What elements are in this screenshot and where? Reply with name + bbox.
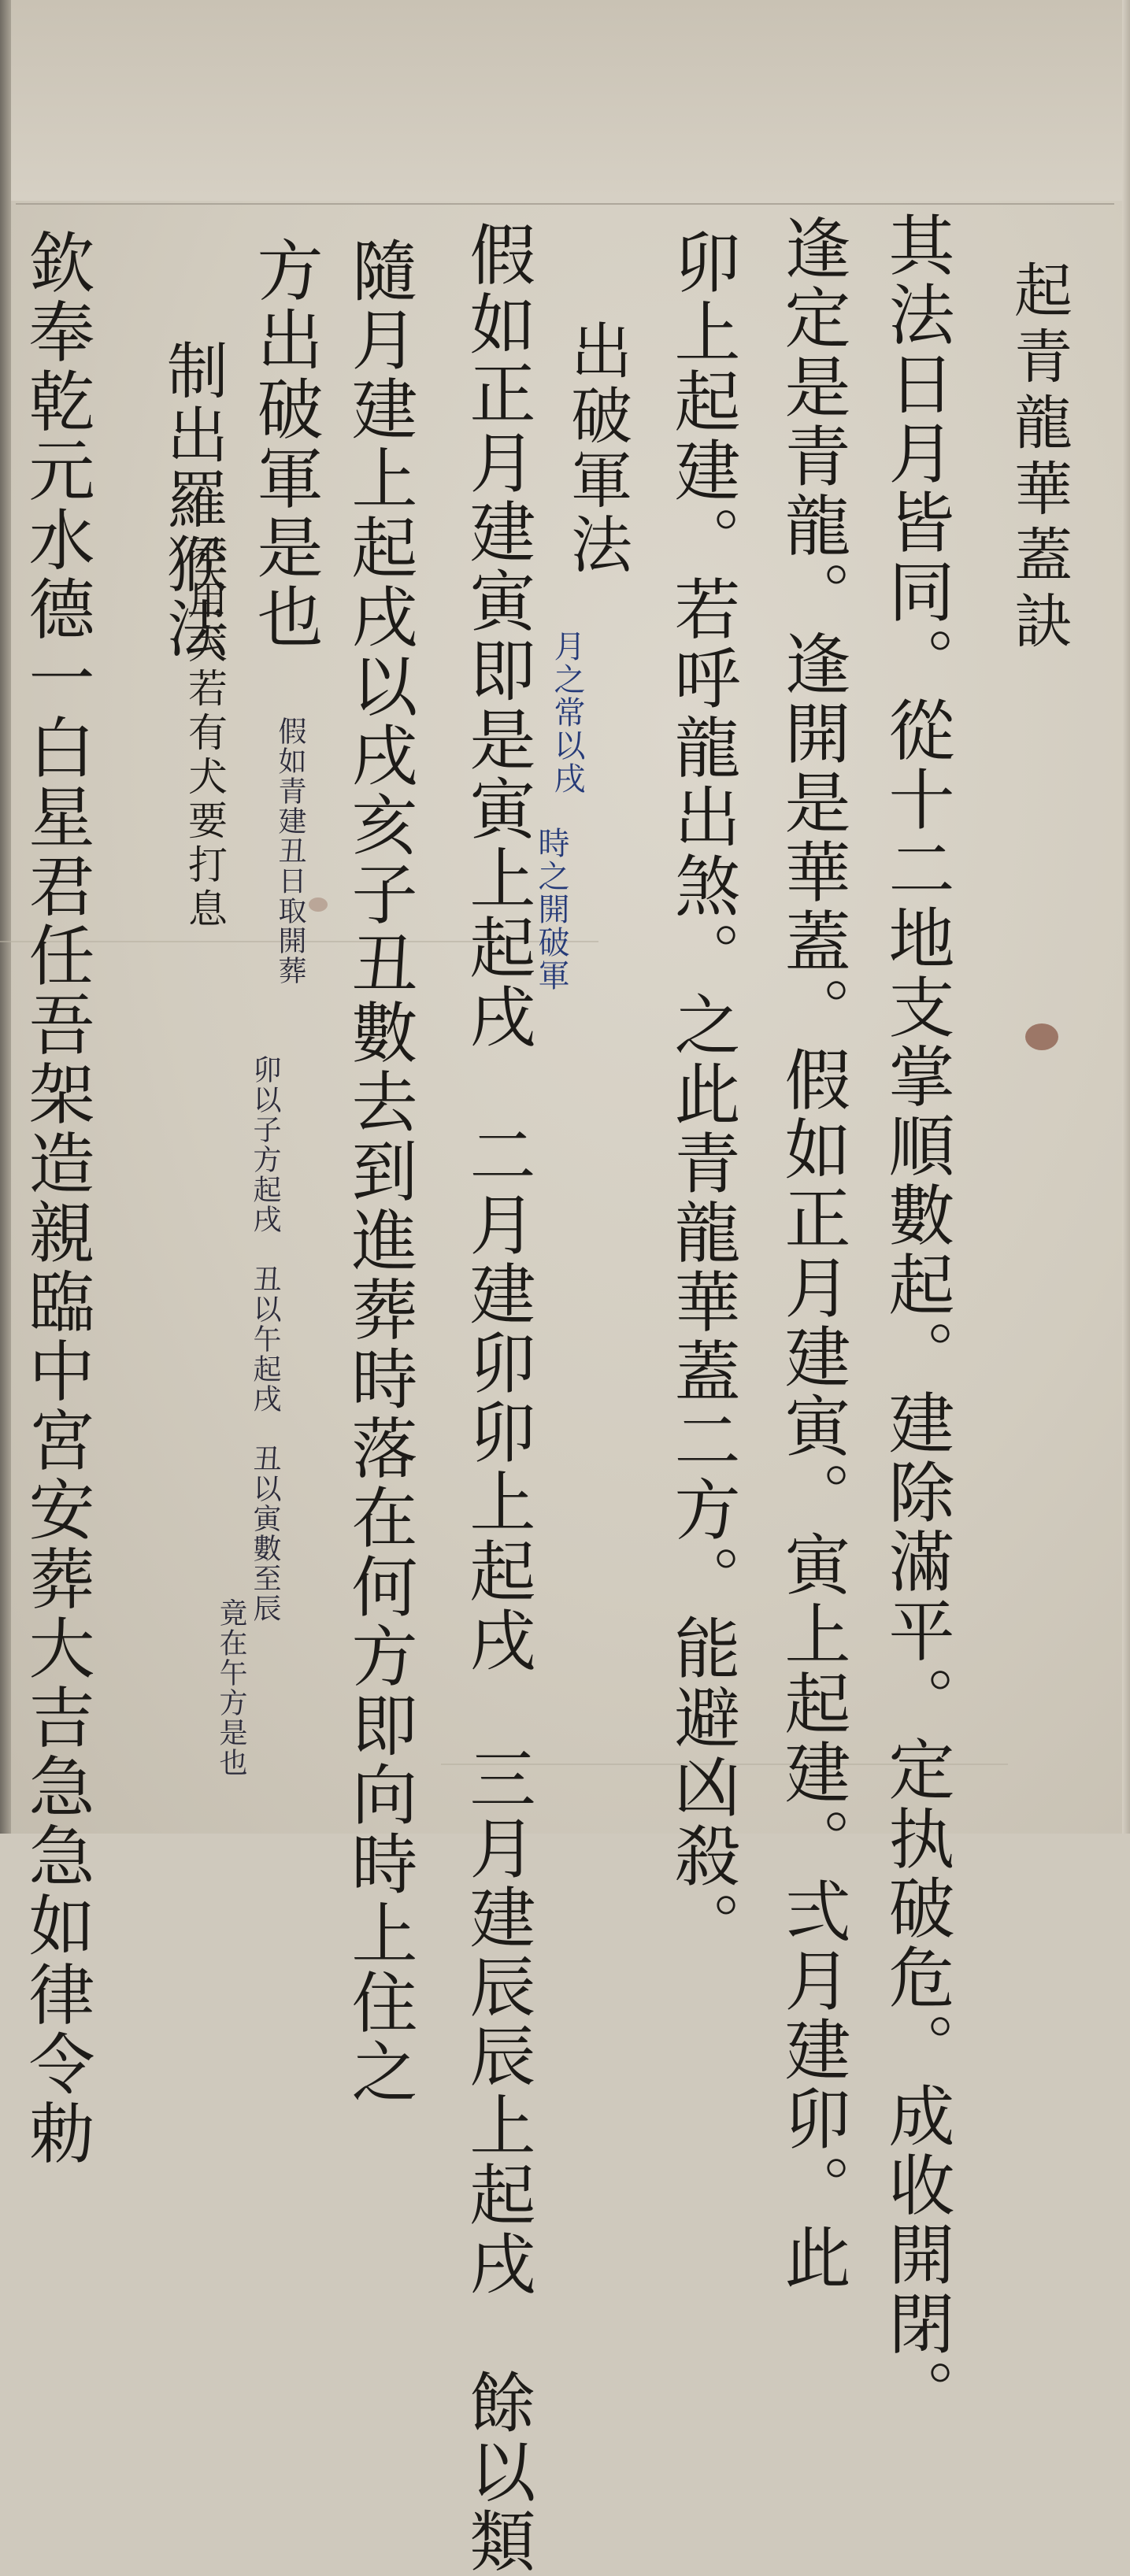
top-border-rule xyxy=(16,203,1114,205)
pen-annotation-1: 假如青建丑日取開葬 xyxy=(276,716,304,986)
text-column-2: 逢定是青龍。逢開是華蓋。假如正月建寅。寅上起建。弍月建卯。此 xyxy=(780,214,846,1834)
ink-stain xyxy=(1025,1023,1058,1050)
text-column-3: 卯上起建。若呼龍出煞。之此青龍華蓋二方。能避凶殺。 xyxy=(669,228,735,1834)
section-heading-po-jun: 出破軍法 xyxy=(565,319,627,577)
ink-stain xyxy=(309,898,328,912)
manuscript-page: 起青龍華蓋訣 其法日月皆同。從十二地支掌順數起。建除滿平。定执破危。成收開閉。 … xyxy=(0,0,1130,1834)
blue-annotation-1: 月之常以戌 xyxy=(551,630,583,795)
binding-edge xyxy=(0,0,11,1834)
page-top-margin xyxy=(0,0,1130,201)
document-title: 起青龍華蓋訣 xyxy=(1010,260,1068,657)
text-column-1: 其法日月皆同。從十二地支掌順數起。建除滿平。定执破危。成收開閉。 xyxy=(884,211,950,1834)
text-column-7: 方出破軍是也 xyxy=(252,236,318,652)
blue-annotation-2: 時之開破軍 xyxy=(535,827,567,992)
text-column-8-small: 不用犬若有犬要打息 xyxy=(185,535,224,932)
page-right-edge xyxy=(1122,0,1130,1834)
pen-annotation-3: 竟在午方是也 xyxy=(217,1598,245,1778)
text-column-5: 假如正月建寅即是寅上起戌 二月建卯卯上起戌 三月建辰辰上起戌 餘以類 xyxy=(465,220,531,1834)
text-column-6: 隨月建上起戌以戌亥子丑數去到進葬時落在何方即向時上住之 xyxy=(346,236,413,1834)
pen-annotation-2: 卯以子方起戌 丑以午起戌 丑以寅數至辰 xyxy=(250,1055,279,1623)
text-column-invocation: 欽奉乾元水德一白星君任吾架造親臨中宮安葬大吉急急如律令勅 xyxy=(24,228,90,1834)
